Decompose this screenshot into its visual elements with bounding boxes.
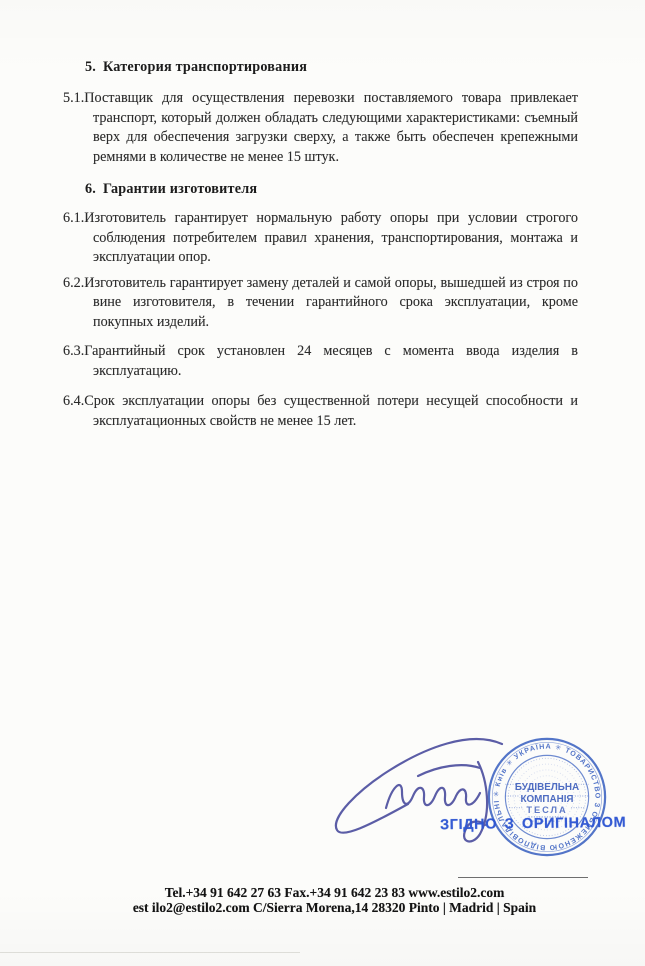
clause-6-3-number: 6.3. <box>63 343 84 359</box>
clause-5-1-number: 5.1. <box>63 90 84 106</box>
certified-copy-stamp-text: ЗГІДНО З ОРИГІНАЛОМ <box>440 815 626 834</box>
clause-6-2-text: Изготовитель гарантирует замену деталей … <box>84 275 578 330</box>
clause-6-1: 6.1.Изготовитель гарантирует нормальную … <box>63 209 578 268</box>
clause-6-4: 6.4.Срок эксплуатации опоры без существе… <box>63 392 578 431</box>
clause-6-2-number: 6.2. <box>63 275 84 291</box>
clause-5-1: 5.1.Поставщик для осуществления перевозк… <box>63 89 578 167</box>
footer-contact: Tel.+34 91 642 27 63 Fax.+34 91 642 23 8… <box>0 886 645 915</box>
section-5-heading: 5.Категория транспортирования <box>85 58 578 77</box>
clause-6-3-text: Гарантийный срок установлен 24 месяцев с… <box>84 343 578 379</box>
clause-5-1-text: Поставщик для осуществления перевозки по… <box>84 90 578 165</box>
section-5-number: 5. <box>85 58 103 77</box>
section-6-number: 6. <box>85 180 103 199</box>
clause-6-3: 6.3.Гарантийный срок установлен 24 месяц… <box>63 342 578 381</box>
document-page: 5.Категория транспортирования 5.1.Постав… <box>0 0 645 966</box>
document-body: 5.Категория транспортирования 5.1.Постав… <box>63 58 578 431</box>
clause-6-1-number: 6.1. <box>63 210 84 226</box>
clause-6-4-number: 6.4. <box>63 393 84 409</box>
scan-artifact-line <box>0 952 300 953</box>
signature <box>330 728 535 853</box>
section-6-title: Гарантии изготовителя <box>103 181 257 197</box>
clause-6-4-text: Срок эксплуатации опоры без существенной… <box>84 393 578 429</box>
footer-contact-line2: est ilo2@estilo2.com C/Sierra Morena,14 … <box>24 901 645 915</box>
clause-6-2: 6.2.Изготовитель гарантирует замену дета… <box>63 274 578 333</box>
clause-6-1-text: Изготовитель гарантирует нормальную рабо… <box>84 210 578 265</box>
footer-rule <box>458 877 588 878</box>
section-5-title: Категория транспортирования <box>103 59 307 75</box>
footer-contact-line1: Tel.+34 91 642 27 63 Fax.+34 91 642 23 8… <box>24 886 645 900</box>
section-6-heading: 6.Гарантии изготовителя <box>85 180 578 199</box>
